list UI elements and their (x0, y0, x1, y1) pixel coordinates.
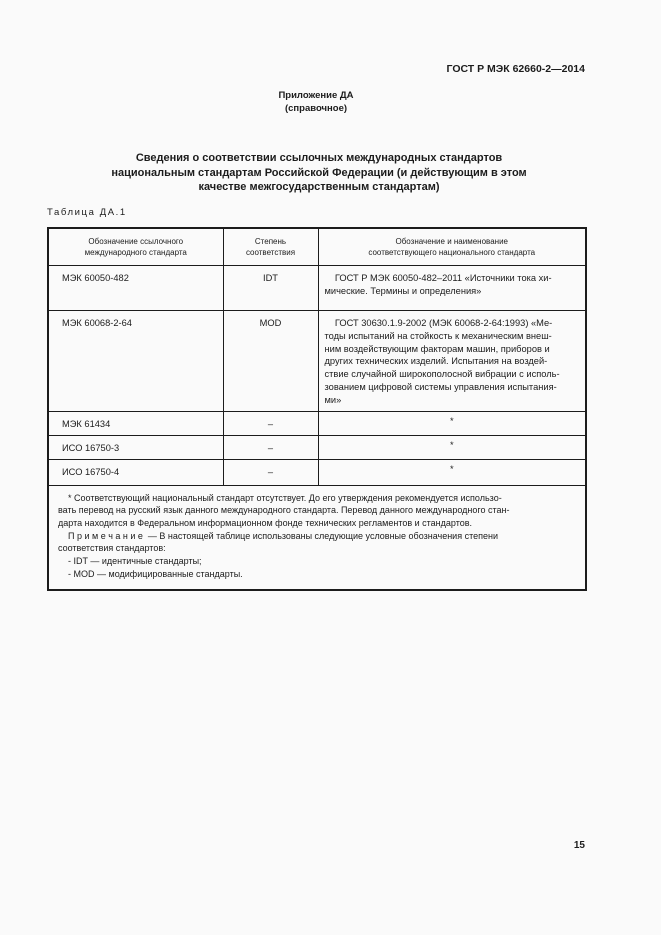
cell-degree: – (223, 459, 318, 485)
cell-reference: МЭК 60050-482 (48, 266, 223, 311)
table-row: МЭК 61434 – * (48, 411, 586, 435)
annex-subtitle: (справочное) (47, 102, 585, 115)
cell-degree: MOD (223, 311, 318, 412)
correspondence-table: Обозначение ссылочного международного ст… (47, 227, 587, 591)
col-header-national-standard: Обозначение и наименование соответствующ… (318, 228, 586, 266)
cell-reference: МЭК 61434 (48, 411, 223, 435)
cell-national: * (318, 435, 586, 459)
cell-degree: – (223, 411, 318, 435)
table-header-row: Обозначение ссылочного международного ст… (48, 228, 586, 266)
document-page: ГОСТ Р МЭК 62660-2—2014 Приложение ДА (с… (0, 0, 661, 935)
page-number: 15 (47, 840, 585, 851)
table-row: МЭК 60050-482 IDT ГОСТ Р МЭК 60050-482–2… (48, 266, 586, 311)
annex-title: Приложение ДА (47, 89, 585, 102)
table-footnote-row: * Соответствующий национальный стандарт … (48, 485, 586, 589)
cell-reference: ИСО 16750-4 (48, 459, 223, 485)
table-row: МЭК 60068-2-64 MOD ГОСТ 30630.1.9-2002 (… (48, 311, 586, 412)
cell-national: ГОСТ Р МЭК 60050-482–2011 «Источники ток… (318, 266, 586, 311)
cell-degree: IDT (223, 266, 318, 311)
document-code: ГОСТ Р МЭК 62660-2—2014 (47, 63, 585, 75)
cell-reference: ИСО 16750-3 (48, 435, 223, 459)
col-header-reference-standard: Обозначение ссылочного международного ст… (48, 228, 223, 266)
cell-reference: МЭК 60068-2-64 (48, 311, 223, 412)
page-title: Сведения о соответствии ссылочных междун… (20, 151, 618, 195)
cell-national: * (318, 411, 586, 435)
table-caption: Таблица ДА.1 (47, 207, 127, 218)
col-header-degree: Степень соответствия (223, 228, 318, 266)
cell-national: ГОСТ 30630.1.9-2002 (МЭК 60068-2-64:1993… (318, 311, 586, 412)
cell-degree: – (223, 435, 318, 459)
cell-national: * (318, 459, 586, 485)
table-row: ИСО 16750-3 – * (48, 435, 586, 459)
annex-block: Приложение ДА (справочное) (47, 89, 585, 115)
table-row: ИСО 16750-4 – * (48, 459, 586, 485)
table-footnote: * Соответствующий национальный стандарт … (48, 485, 586, 589)
